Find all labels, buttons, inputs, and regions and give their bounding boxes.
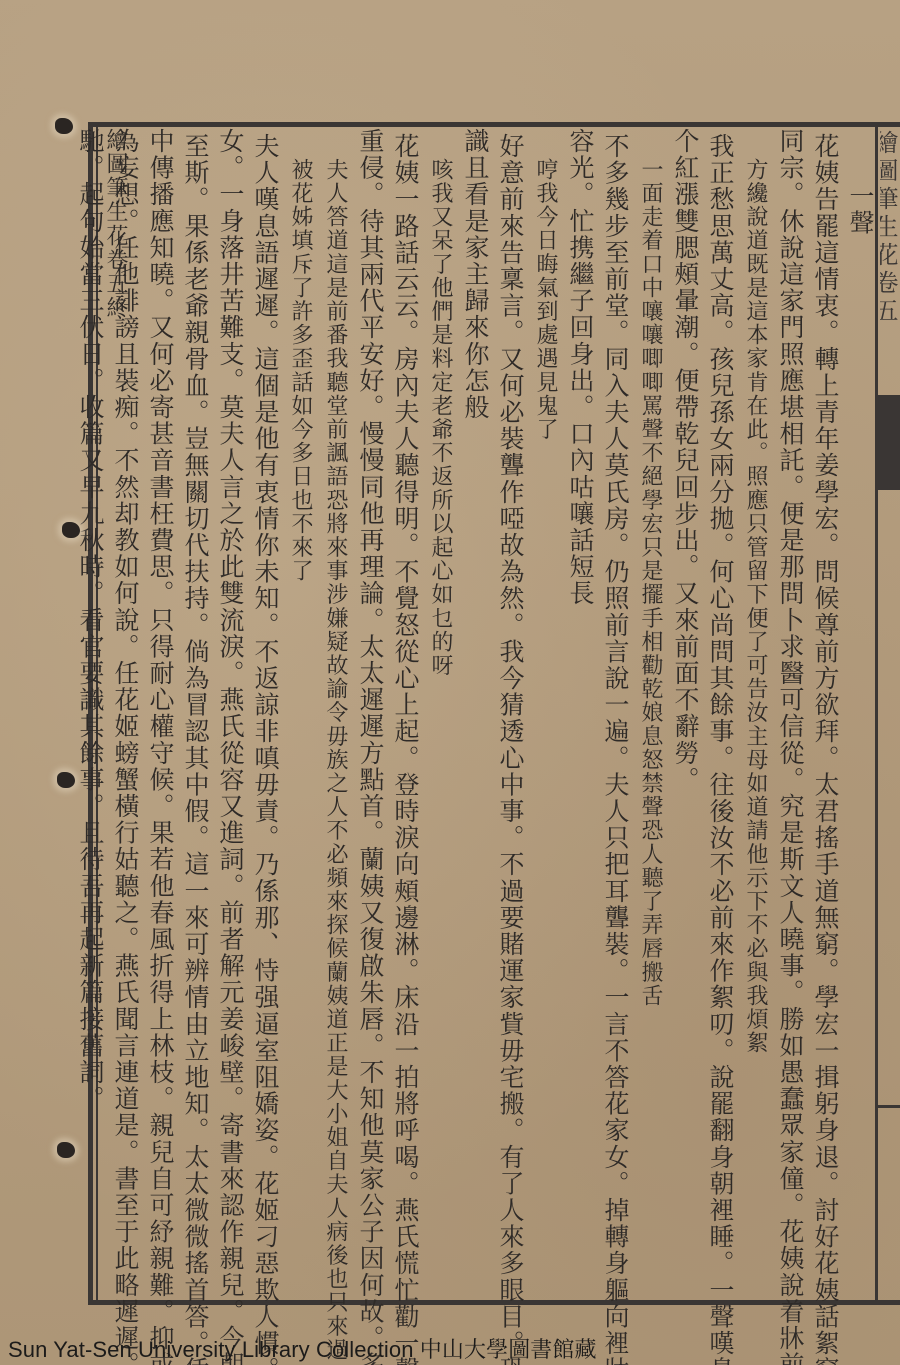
text-column: 一聲 [845, 128, 875, 1303]
text-column: 重侵。待其兩代平安好。慢慢同他再理論。太太遲遲方點首。蘭姨又復啟朱唇。不知他莫家… [355, 128, 385, 1303]
spine-rule [878, 1105, 900, 1108]
binding-hole-mark [57, 1142, 75, 1158]
text-column: 方纔說道既是這本家肯在此。照應只管留下便了可告汝主母如道請他示下不必與我煩絮 [740, 128, 770, 1303]
main-text-body: 一聲 花姨告罷這情衷。轉上青年姜學宏。問候尊前方欲拜。太君搖手道無窮。學宏一揖躬… [100, 128, 879, 1303]
text-column: 中傳播應知曉。又何必寄甚音書枉費思。只得耐心權守候。果若他春風折得上林枝。親兒自… [145, 128, 175, 1303]
text-column: 同宗。休說這家門照應堪相託。便是那問卜求醫可信從。究是斯文人曉事。勝如愚蠢眾家僮… [775, 128, 805, 1303]
spine-title: 繪圖筆生花卷五 [880, 130, 900, 420]
text-column: 不多幾步至前堂。同入夫人莫氏房。仍照前言說一遍。夫人只把耳聾裝。一言不答花家女。… [600, 128, 630, 1303]
volume-end-title: 繪圖筆生花卷五終 [100, 128, 130, 320]
text-column: 咳我又呆了他們是料定老爺不返所以起心如乜的呀 [425, 128, 455, 1303]
text-column: 識且看是家主歸來你怎般 [460, 128, 490, 1303]
text-column: 好意前來告稟言。又何必裝聾作啞故為然。我今猜透心中事。不過要賭運家貲毋宅搬。有了… [495, 128, 525, 1303]
binding-hole-mark [55, 118, 73, 134]
binding-hole-mark [57, 772, 75, 788]
binding-hole-mark [62, 522, 80, 538]
text-column: 花姨告罷這情衷。轉上青年姜學宏。問候尊前方欲拜。太君搖手道無窮。學宏一揖躬身退。… [810, 128, 840, 1303]
text-column: 花姨一路話云云。房內夫人聽得明。不覺怒從心上起。登時淚向頰邊淋。床沿一拍將呼喝。… [390, 128, 420, 1303]
text-column: 夫人嘆息語遲遲。這個是他有衷情你未知。不返諒非嗔毋責。乃係那、恃强逼室阻嬌姿。花… [250, 128, 280, 1303]
scanned-book-page: 繪圖筆生花卷五 一聲 花姨告罷這情衷。轉上青年姜學宏。問候尊前方欲拜。太君搖手道… [0, 0, 900, 1365]
spine-fishtail-mark [878, 395, 900, 490]
text-column: 女。一身落井苦難支。莫夫人言之於此雙流淚。燕氏從容又進詞。前者解元姜峻壁。寄書來… [215, 128, 245, 1303]
collection-watermark: Sun Yat-Sen University Library Collectio… [8, 1333, 597, 1364]
text-column: 容光。忙携繼子回身出。口內咕嚷話短長 [565, 128, 595, 1303]
text-column: 我正愁思萬丈高。孩兒孫女兩分拋。何心尚問其餘事。往後汝不必前來作絮叨。說罷翻身朝… [705, 128, 735, 1303]
text-column: 至斯。果係老爺親骨血。豈無關切代扶持。倘為冒認其中假。這一來可辨情由立地知。太太… [180, 128, 210, 1303]
text-column: 一面走着口中嚷嚷唧唧罵聲不絕學宏只是擺手相勸乾娘息怒禁聲恐人聽了弄唇搬舌 [635, 128, 665, 1303]
text-column: 哼我今日晦氣到處遇見鬼了 [530, 128, 560, 1303]
text-column: 被花姊填斥了許多歪話如今多日也不來了 [285, 128, 315, 1303]
text-column: 个紅漲雙腮頰暈潮。便帶乾兒回步出。又來前面不辭勞。 [670, 128, 700, 1303]
text-column: 夫人答道這是前番我聽堂前諷語恐將來事涉嫌疑故諭令毋族之人不必頻來探候蘭姨道正是大… [320, 128, 350, 1303]
